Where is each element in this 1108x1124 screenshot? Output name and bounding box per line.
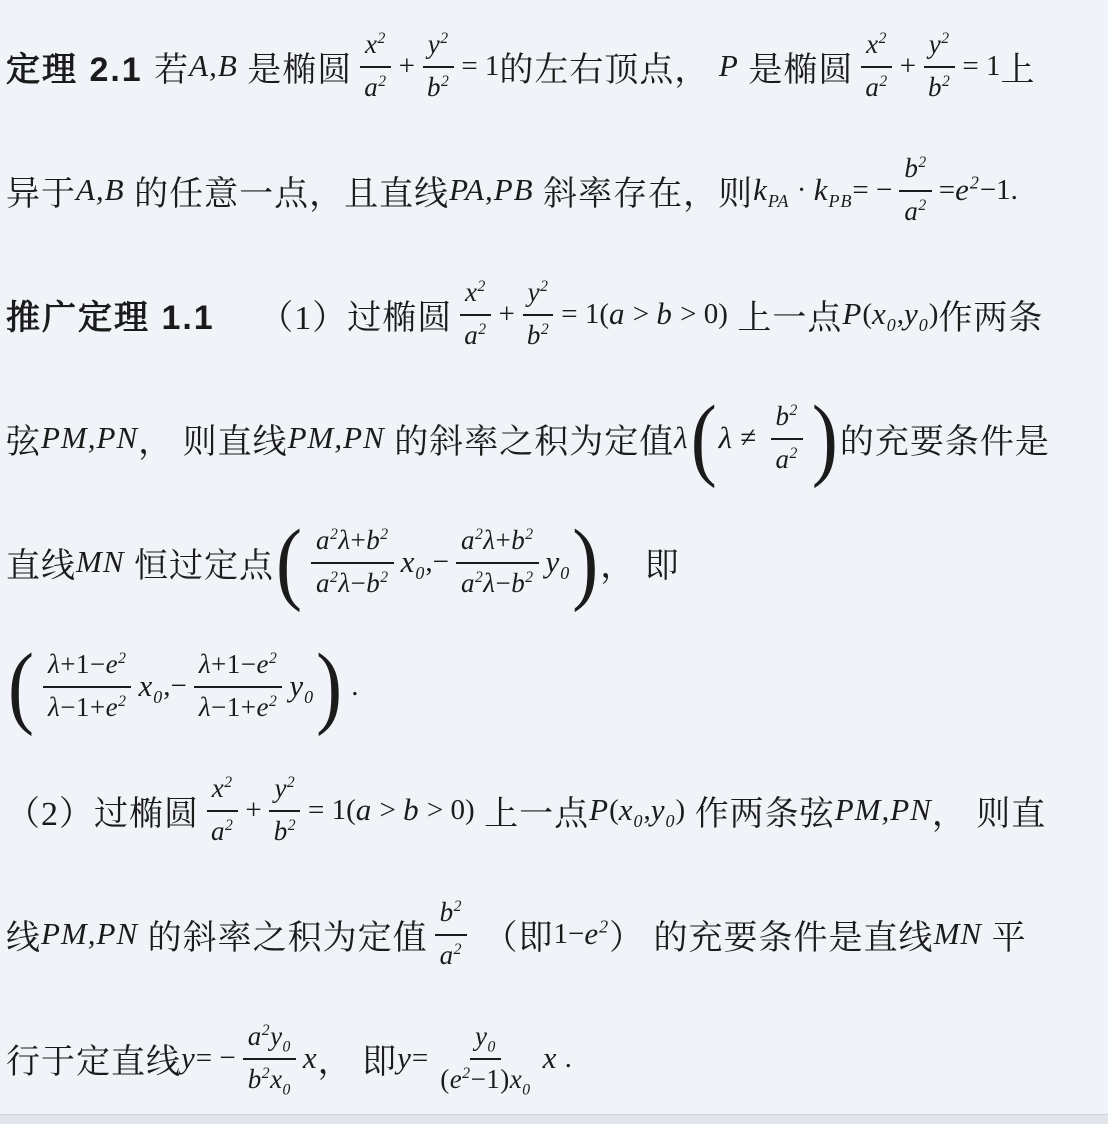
fraction-numerator: x2 [207, 771, 238, 811]
fraction-denominator: a2 [359, 68, 391, 105]
math-variable-run: e2 [106, 692, 127, 722]
fraction: b2a2 [771, 399, 803, 476]
math-operator-run: − [495, 568, 511, 598]
math-operator-run: > [372, 794, 403, 827]
math-operator-run: ≠ [733, 422, 763, 455]
text-run: 的任意一点，且直线 [125, 166, 450, 215]
math-operator-run: + [399, 50, 415, 83]
text-run: （1）过椭圆 [215, 290, 453, 339]
superscript: 2 [478, 321, 486, 338]
fraction: b2a2 [435, 895, 467, 972]
math-variable-run: a [356, 792, 373, 828]
fraction-denominator: λ−1+e2 [194, 688, 282, 725]
superscript: 2 [942, 73, 950, 90]
math-operator-run: − [351, 568, 367, 598]
formula-line-3: 推广定理 1.1 （1）过椭圆x2a2+y2b2= 1(a > b > 0) 上… [6, 252, 1108, 376]
math-variable-run: a2 [316, 525, 338, 555]
superscript: 2 [525, 526, 533, 543]
text-run: 上 [1000, 42, 1035, 91]
fraction-denominator: b2 [522, 316, 554, 353]
fraction: x2a2 [206, 771, 238, 848]
math-variable-run: a2 [248, 1021, 270, 1051]
subscript: 0 [283, 1081, 291, 1098]
text-run: ） 的充要条件是直线 [609, 910, 934, 959]
fraction: y2b2 [269, 771, 301, 848]
fraction: x2a2 [359, 27, 391, 104]
math-variable-run: λ [483, 525, 495, 555]
fraction-denominator: a2λ−b2 [311, 564, 394, 601]
math-variable-run: x0 [270, 1064, 291, 1094]
math-variable-run: e2 [584, 916, 609, 952]
fraction-numerator: x2 [460, 275, 491, 315]
math-variable-run: b [403, 792, 420, 828]
fraction-numerator: λ+1−e2 [194, 647, 282, 687]
text-run: 行于定直线 [6, 1034, 181, 1083]
math-variable-run: b2 [440, 897, 462, 927]
math-operator-run: + [499, 298, 515, 331]
math-operator-run: ,− [163, 670, 187, 703]
math-variable-run: x2 [866, 29, 887, 59]
text-run: （即 [474, 910, 554, 959]
text-run: 线 [6, 910, 41, 959]
math-variable-run: x2 [365, 29, 386, 59]
math-operator-run: −1+ [211, 692, 256, 722]
math-variable-run: b2 [366, 525, 388, 555]
superscript: 2 [118, 650, 126, 667]
subscript: 0 [304, 687, 314, 707]
text-run: 的充要条件是 [840, 414, 1050, 463]
math-variable-run: x0 [872, 296, 897, 332]
math-variable-run: e2 [257, 692, 278, 722]
fraction: x2a2 [860, 27, 892, 104]
superscript: 2 [441, 73, 449, 90]
math-variable-run: y0 [904, 296, 929, 332]
text-run: 作两条 [938, 290, 1043, 339]
math-variable-run: a2 [461, 568, 483, 598]
math-variable-run: λ [48, 649, 60, 679]
math-variable-run: PM,PN [288, 420, 385, 456]
math-operator-run: = 1 [962, 50, 1000, 83]
fraction-numerator: λ+1−e2 [43, 647, 131, 687]
page-bottom-edge [0, 1114, 1108, 1124]
math-variable-run: x0 [510, 1064, 531, 1094]
text-run: 弦 [6, 414, 41, 463]
superscript: 2 [262, 1022, 270, 1039]
math-operator-run: −1+ [60, 692, 105, 722]
math-variable-run: a2 [211, 816, 233, 846]
text-run: （2）过椭圆 [6, 786, 199, 835]
math-variable-run: λ [199, 692, 211, 722]
fraction-numerator: a2λ+b2 [456, 523, 539, 563]
text-run: ， 则直线 [138, 414, 288, 463]
math-variable-run: P [719, 48, 739, 84]
fraction-numerator: y2 [423, 27, 454, 67]
formula-line-9: 行于定直线y= −a2y0b2x0x， 即y=y0(e2−1)x0x . [6, 996, 1108, 1120]
text-run: ， 即 [600, 538, 680, 587]
text-run: 上一点 [728, 290, 843, 339]
math-operator-run: = [412, 1042, 428, 1075]
subscript: 0 [919, 315, 929, 335]
math-operator-run: = 1( [308, 794, 356, 827]
math-variable-run: PM,PN [41, 420, 138, 456]
math-variable-run: y2 [274, 773, 295, 803]
fraction-denominator: a2 [899, 192, 931, 229]
formula-line-5: 直线MN 恒过定点(a2λ+b2a2λ−b2x0,−a2λ+b2a2λ−b2y0… [6, 500, 1108, 624]
math-operator-run: ( [440, 1064, 450, 1094]
subscript: 0 [522, 1081, 530, 1098]
superscript: 2 [378, 73, 386, 90]
math-variable-run: a2 [865, 72, 887, 102]
math-variable-run: PM,PN [41, 916, 138, 952]
big-paren: ( [8, 647, 34, 725]
subscript: 0 [153, 687, 163, 707]
math-variable-run: MN [76, 544, 125, 580]
math-variable-run: b2 [904, 153, 926, 183]
math-variable-run: y0 [546, 544, 571, 580]
superscript: 2 [941, 30, 949, 47]
math-variable-run: y2 [929, 29, 950, 59]
formula-line-6: (λ+1−e2λ−1+e2x0,−λ+1−e2λ−1+e2y0) . [6, 624, 1108, 748]
fraction-numerator: y2 [924, 27, 955, 67]
superscript: 2 [440, 30, 448, 47]
fraction-denominator: (e2−1)x0 [435, 1060, 535, 1097]
math-operator-run: = − [852, 174, 892, 207]
math-operator-run: = 1 [461, 50, 499, 83]
fraction: y2b2 [522, 275, 554, 352]
text-run: 恒过定点 [125, 538, 275, 587]
superscript: 2 [269, 650, 277, 667]
math-variable-run: x [543, 1040, 558, 1076]
formula-line-7: （2）过椭圆x2a2+y2b2= 1(a > b > 0) 上一点P(x0,y0… [6, 748, 1108, 872]
math-operator-run: > 0) [673, 298, 728, 331]
superscript: 2 [287, 774, 295, 791]
fraction-denominator: a2λ−b2 [456, 564, 539, 601]
fraction-denominator: a2 [206, 812, 238, 849]
math-variable-run: λ [338, 568, 350, 598]
math-variable-run: A,B [189, 48, 238, 84]
fraction-denominator: a2 [435, 936, 467, 973]
fraction: λ+1−e2λ−1+e2 [194, 647, 282, 724]
text-run: 平 [982, 910, 1027, 959]
math-variable-run: PM,PN [835, 792, 932, 828]
math-variable-run: y0 [289, 668, 314, 704]
superscript: 2 [288, 817, 296, 834]
math-variable-run: a2 [440, 940, 462, 970]
big-paren: ( [276, 523, 302, 601]
text-run: 的左右顶点， [499, 42, 719, 91]
math-operator-run: ) [929, 298, 939, 331]
math-variable-run: x2 [212, 773, 233, 803]
subscript: PA [768, 191, 790, 211]
text-run: 若 [154, 42, 189, 91]
math-operator-run: , [897, 298, 904, 331]
subscript: 0 [488, 1039, 496, 1056]
math-operator-run: + [495, 525, 511, 555]
text-run: 直线 [6, 538, 76, 587]
fraction-numerator: y2 [269, 771, 300, 811]
math-variable-run: y [181, 1040, 196, 1076]
math-variable-run: y [397, 1040, 412, 1076]
big-paren: ) [812, 399, 838, 477]
math-operator-run: −1) [471, 1064, 510, 1094]
math-operator-run: +1− [211, 649, 256, 679]
fraction-denominator: a2 [459, 316, 491, 353]
superscript: 2 [118, 693, 126, 710]
text-run: 斜率存在，则 [534, 166, 754, 215]
fraction: y2b2 [923, 27, 955, 104]
math-variable-run: λ [48, 692, 60, 722]
math-variable-run: x0 [138, 668, 163, 704]
math-variable-run: b2 [527, 320, 549, 350]
fraction-denominator: a2 [771, 440, 803, 477]
math-variable-run: e2 [955, 172, 980, 208]
math-operator-run: ( [609, 794, 619, 827]
superscript: 2 [380, 526, 388, 543]
math-variable-run: e2 [450, 1064, 471, 1094]
math-variable-run: A,B [76, 172, 125, 208]
subscript: 0 [560, 563, 570, 583]
superscript: 2 [879, 30, 887, 47]
text-run: 是椭圆 [739, 42, 854, 91]
fraction: y0(e2−1)x0 [435, 1019, 535, 1096]
math-variable-run: x2 [465, 277, 486, 307]
superscript: 2 [477, 278, 485, 295]
fraction-numerator: x2 [360, 27, 391, 67]
superscript: 2 [224, 774, 232, 791]
math-variable-run: P [589, 792, 609, 828]
fraction-denominator: b2 [422, 68, 454, 105]
fraction-numerator: b2 [771, 399, 803, 439]
math-variable-run: a2 [364, 72, 386, 102]
superscript: 2 [918, 197, 926, 214]
math-variable-run: y2 [428, 29, 449, 59]
math-variable-run: λ [719, 420, 733, 456]
math-variable-run: b [656, 296, 673, 332]
math-operator-run: = 1( [561, 298, 609, 331]
math-operator-run: . [344, 670, 359, 703]
fraction: a2y0b2x0 [243, 1019, 296, 1096]
superscript: 2 [540, 278, 548, 295]
formula-line-4: 弦PM,PN， 则直线PM,PN 的斜率之积为定值λ(λ ≠ b2a2)的充要条… [6, 376, 1108, 500]
math-variable-run: b2 [511, 525, 533, 555]
math-operator-run: + [245, 794, 261, 827]
text-run: 上一点 [475, 786, 590, 835]
math-variable-run: e2 [106, 649, 127, 679]
superscript: 2 [378, 30, 386, 47]
math-variable-run: a [609, 296, 626, 332]
fraction-denominator: b2 [923, 68, 955, 105]
superscript: 2 [879, 73, 887, 90]
math-variable-run: λ [199, 649, 211, 679]
superscript: 2 [262, 1065, 270, 1082]
math-operator-run: + [351, 525, 367, 555]
fraction: x2a2 [459, 275, 491, 352]
fraction-denominator: b2 [269, 812, 301, 849]
big-paren: ) [316, 647, 342, 725]
fraction-numerator: y2 [523, 275, 554, 315]
formula-line-8: 线PM,PN 的斜率之积为定值b2a2 （即1−e2） 的充要条件是直线MN 平 [6, 872, 1108, 996]
math-variable-run: P [842, 296, 862, 332]
math-variable-run: λ [338, 525, 350, 555]
math-variable-run: λ [483, 568, 495, 598]
math-variable-run: b2 [928, 72, 950, 102]
fraction: b2a2 [899, 151, 931, 228]
fraction-numerator: b2 [899, 151, 931, 191]
fraction-numerator: a2λ+b2 [311, 523, 394, 563]
math-variable-run: b2 [776, 401, 798, 431]
subscript: 0 [415, 563, 425, 583]
math-operator-run: . [557, 1042, 572, 1075]
math-variable-run: y0 [651, 792, 676, 828]
superscript: 2 [599, 917, 609, 937]
fraction-numerator: b2 [435, 895, 467, 935]
fraction: λ+1−e2λ−1+e2 [43, 647, 131, 724]
math-variable-run: λ [674, 420, 688, 456]
superscript: 2 [454, 898, 462, 915]
math-variable-run: x0 [619, 792, 644, 828]
math-operator-run: > [626, 298, 657, 331]
superscript: 2 [454, 941, 462, 958]
fraction: y2b2 [422, 27, 454, 104]
math-variable-run: x0 [401, 544, 426, 580]
subscript: PB [828, 191, 852, 211]
formula-line-1: 定理 2.1 若A,B 是椭圆x2a2+y2b2= 1的左右顶点， P 是椭圆x… [6, 4, 1108, 128]
subscript: 0 [634, 811, 644, 831]
math-variable-run: a2 [904, 196, 926, 226]
fraction-denominator: a2 [860, 68, 892, 105]
math-variable-run: b2 [274, 816, 296, 846]
heading-text-run: 定理 2.1 [6, 42, 154, 91]
math-operator-run: = − [196, 1042, 236, 1075]
fraction-denominator: λ−1+e2 [43, 688, 131, 725]
math-operator-run: · [790, 174, 814, 207]
math-operator-run: −1. [980, 174, 1018, 207]
math-variable-run: a2 [316, 568, 338, 598]
math-variable-run: b2 [511, 568, 533, 598]
math-variable-run: a2 [464, 320, 486, 350]
subscript: 0 [666, 811, 676, 831]
superscript: 2 [970, 173, 980, 193]
math-operator-run: 1− [553, 918, 584, 951]
math-operator-run: , [644, 794, 651, 827]
math-variable-run: kPB [814, 172, 853, 208]
math-operator-run: > 0) [420, 794, 475, 827]
math-variable-run: y0 [270, 1021, 291, 1051]
fraction: a2λ+b2a2λ−b2 [456, 523, 539, 600]
superscript: 2 [269, 693, 277, 710]
fraction-numerator: y0 [470, 1019, 501, 1059]
math-variable-run: kPA [753, 172, 789, 208]
math-variable-run: y2 [528, 277, 549, 307]
math-operator-run: ) [676, 794, 686, 827]
math-operator-run: ,− [425, 546, 449, 579]
superscript: 2 [462, 1065, 470, 1082]
text-run: 的斜率之积为定值 [138, 910, 428, 959]
math-variable-run: MN [934, 916, 983, 952]
math-variable-run: b2 [248, 1064, 270, 1094]
superscript: 2 [790, 445, 798, 462]
math-variable-run: b2 [366, 568, 388, 598]
text-run: 异于 [6, 166, 76, 215]
superscript: 2 [918, 154, 926, 171]
math-variable-run: b2 [427, 72, 449, 102]
math-variable-run: y0 [475, 1021, 496, 1051]
math-operator-run: = [939, 174, 955, 207]
fraction-denominator: b2x0 [243, 1060, 296, 1097]
text-run: 是椭圆 [238, 42, 353, 91]
big-paren: ) [572, 523, 598, 601]
big-paren: ( [691, 399, 717, 477]
superscript: 2 [225, 817, 233, 834]
superscript: 2 [525, 569, 533, 586]
text-run: ， 即 [318, 1034, 398, 1083]
fraction-numerator: a2y0 [243, 1019, 296, 1059]
math-variable-run: a2 [776, 444, 798, 474]
fraction-numerator: x2 [861, 27, 892, 67]
math-variable-run: x [303, 1040, 318, 1076]
subscript: 0 [283, 1039, 291, 1056]
superscript: 2 [790, 402, 798, 419]
text-run: 作两条弦 [685, 786, 835, 835]
math-operator-run: +1− [60, 649, 105, 679]
math-variable-run: PA,PB [449, 172, 534, 208]
superscript: 2 [380, 569, 388, 586]
text-run: 的斜率之积为定值 [385, 414, 675, 463]
subscript: 0 [887, 315, 897, 335]
text-run: ， 则直 [932, 786, 1047, 835]
math-variable-run: e2 [257, 649, 278, 679]
math-document: 定理 2.1 若A,B 是椭圆x2a2+y2b2= 1的左右顶点， P 是椭圆x… [0, 0, 1108, 1120]
formula-line-2: 异于A,B 的任意一点，且直线PA,PB 斜率存在，则kPA · kPB= −b… [6, 128, 1108, 252]
heading-text-run: 推广定理 1.1 [6, 290, 215, 339]
superscript: 2 [541, 321, 549, 338]
fraction: a2λ+b2a2λ−b2 [311, 523, 394, 600]
math-operator-run: + [900, 50, 916, 83]
math-operator-run: ( [862, 298, 872, 331]
math-variable-run: a2 [461, 525, 483, 555]
